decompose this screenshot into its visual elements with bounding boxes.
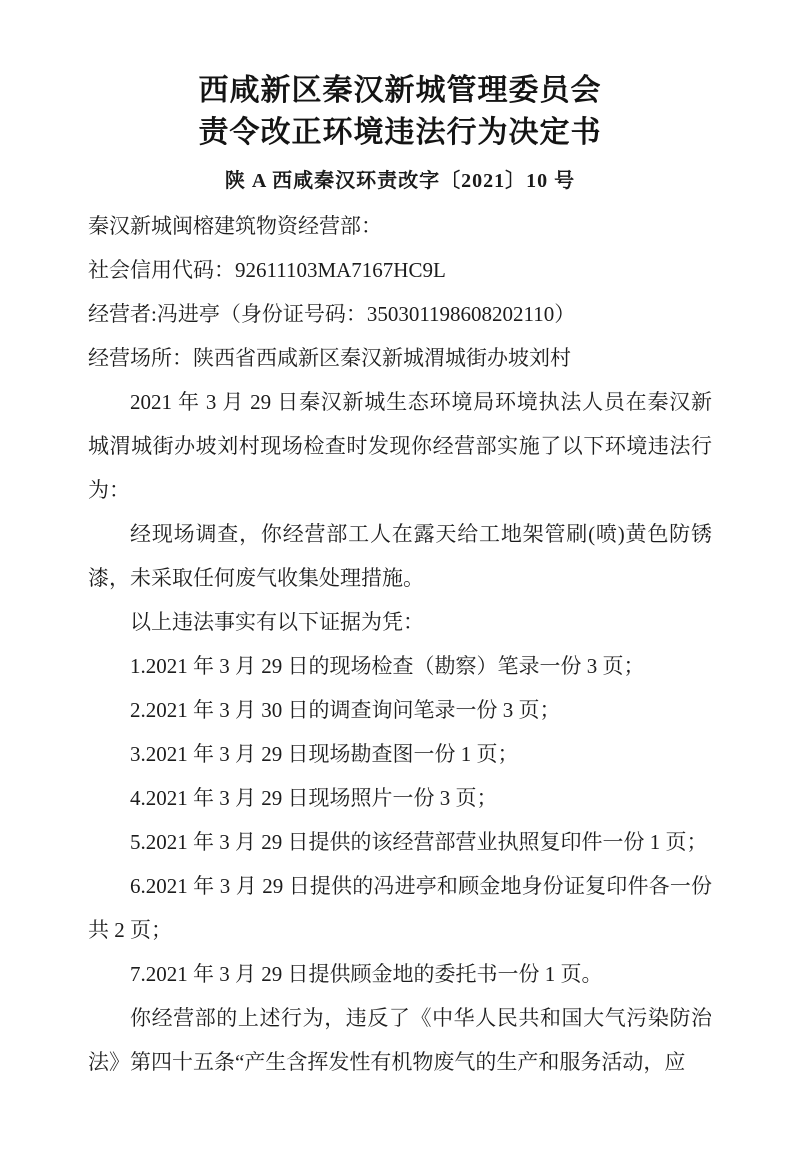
- document-body: 秦汉新城闽榕建筑物资经营部： 社会信用代码：92611103MA7167HC9L…: [88, 204, 712, 1084]
- title-line-1: 西咸新区秦汉新城管理委员会: [0, 70, 800, 112]
- evidence-item-1: 1.2021 年 3 月 29 日的现场检查（勘察）笔录一份 3 页；: [88, 644, 712, 688]
- paragraph-violation-description: 经现场调查，你经营部工人在露天给工地架管刷(喷)黄色防锈漆，未采取任何废气收集处…: [88, 512, 712, 600]
- evidence-item-2: 2.2021 年 3 月 30 日的调查询问笔录一份 3 页；: [88, 688, 712, 732]
- evidence-item-7: 7.2021 年 3 月 29 日提供顾金地的委托书一份 1 页。: [88, 952, 712, 996]
- paragraph-legal-basis: 你经营部的上述行为，违反了《中华人民共和国大气污染防治法》第四十五条“产生含挥发…: [88, 996, 712, 1084]
- paragraph-evidence-intro: 以上违法事实有以下证据为凭：: [88, 600, 712, 644]
- evidence-item-4: 4.2021 年 3 月 29 日现场照片一份 3 页；: [88, 776, 712, 820]
- document-title: 西咸新区秦汉新城管理委员会 责令改正环境违法行为决定书: [0, 0, 800, 154]
- document-number: 陕 A 西咸秦汉环责改字〔2021〕10 号: [0, 166, 800, 196]
- evidence-item-3: 3.2021 年 3 月 29 日现场勘查图一份 1 页；: [88, 732, 712, 776]
- addressee-line: 秦汉新城闽榕建筑物资经营部：: [88, 204, 712, 248]
- info-line-credit-code: 社会信用代码：92611103MA7167HC9L: [88, 248, 712, 292]
- evidence-item-6: 6.2021 年 3 月 29 日提供的冯进亭和顾金地身份证复印件各一份共 2 …: [88, 864, 712, 952]
- info-line-operator: 经营者:冯进亭（身份证号码：350301198608202110）: [88, 292, 712, 336]
- info-line-premises: 经营场所：陕西省西咸新区秦汉新城渭城街办坡刘村: [88, 336, 712, 380]
- evidence-item-5: 5.2021 年 3 月 29 日提供的该经营部营业执照复印件一份 1 页；: [88, 820, 712, 864]
- paragraph-inspection-findings: 2021 年 3 月 29 日秦汉新城生态环境局环境执法人员在秦汉新城渭城街办坡…: [88, 380, 712, 512]
- document-page: 西咸新区秦汉新城管理委员会 责令改正环境违法行为决定书 陕 A 西咸秦汉环责改字…: [0, 0, 800, 1175]
- title-line-2: 责令改正环境违法行为决定书: [0, 112, 800, 154]
